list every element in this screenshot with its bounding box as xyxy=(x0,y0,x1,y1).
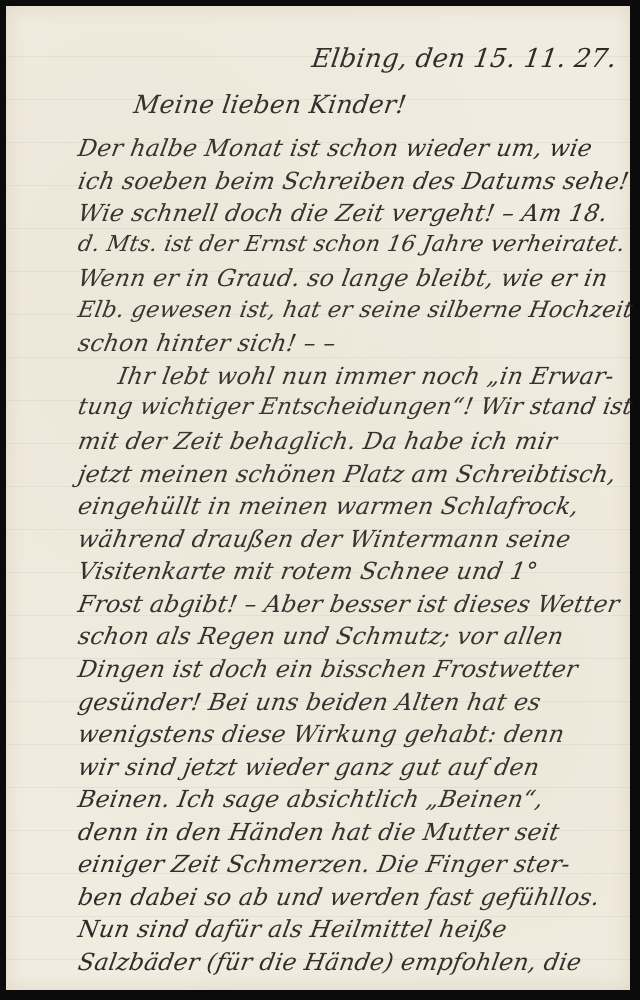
letter-place-date: Elbing, den 15. 11. 27. xyxy=(310,44,619,74)
letter-page: Elbing, den 15. 11. 27. Meine lieben Kin… xyxy=(6,6,630,990)
letter-line: denn in den Händen hat die Mutter seit xyxy=(76,818,562,846)
letter-line: jetzt meinen schönen Platz am Schreibtis… xyxy=(76,460,618,488)
letter-line: Der halbe Monat ist schon wieder um, wie xyxy=(76,134,594,162)
letter-line: Ihr lebt wohl nun immer noch „in Erwar- xyxy=(116,362,616,390)
letter-line: Visitenkarte mit rotem Schnee und 1° xyxy=(76,557,540,585)
letter-line: Wenn er in Graud. so lange bleibt, wie e… xyxy=(76,264,610,292)
letter-line: d. Mts. ist der Ernst schon 16 Jahre ver… xyxy=(76,232,627,257)
letter-line: während draußen der Wintermann seine xyxy=(76,525,573,553)
letter-line: Wie schnell doch die Zeit vergeht! – Am … xyxy=(76,199,610,227)
letter-line: mit der Zeit behaglich. Da habe ich mir xyxy=(76,427,559,455)
letter-line: Elb. gewesen ist, hat er seine silberne … xyxy=(76,297,635,323)
letter-line: tung wichtiger Entscheidungen“! Wir stan… xyxy=(76,394,634,420)
letter-line: ben dabei so ab und werden fast gefühllo… xyxy=(76,883,602,911)
letter-line: wir sind jetzt wieder ganz gut auf den xyxy=(76,753,542,781)
letter-line: einiger Zeit Schmerzen. Die Finger ster- xyxy=(76,850,572,878)
letter-line: ich soeben beim Schreiben des Datums seh… xyxy=(76,167,631,195)
letter-line: wenigstens diese Wirkung gehabt: denn xyxy=(76,720,567,748)
letter-line: Dingen ist doch ein bisschen Frostwetter xyxy=(76,655,580,683)
scan-border: Elbing, den 15. 11. 27. Meine lieben Kin… xyxy=(0,0,640,1000)
letter-salutation: Meine lieben Kinder! xyxy=(132,90,409,119)
letter-line: Salzbäder (für die Hände) empfohlen, die xyxy=(76,948,584,976)
letter-line: Frost abgibt! – Aber besser ist dieses W… xyxy=(76,590,622,618)
letter-line: schon hinter sich! – – xyxy=(76,329,338,357)
letter-line: Beinen. Ich sage absichtlich „Beinen“, xyxy=(76,785,546,813)
letter-line: gesünder! Bei uns beiden Alten hat es xyxy=(76,688,543,716)
letter-line: Nun sind dafür als Heilmittel heiße xyxy=(76,915,509,943)
letter-line: eingehüllt in meinen warmen Schlafrock, xyxy=(76,492,581,520)
letter-line: schon als Regen und Schmutz; vor allen xyxy=(76,622,566,650)
